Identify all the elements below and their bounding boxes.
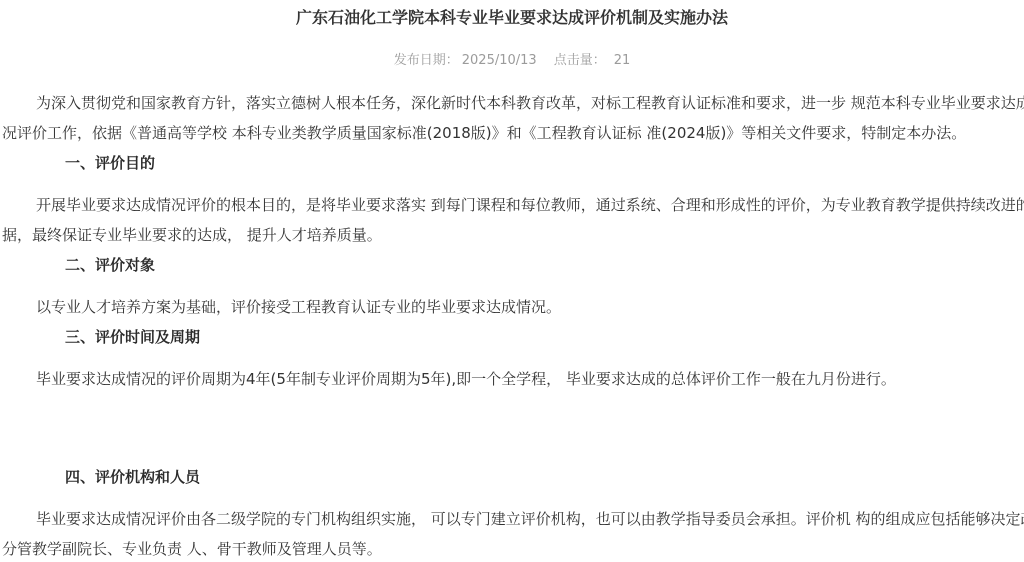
section-heading: 四、评价机构和人员 — [0, 462, 1024, 492]
paragraph: 毕业要求达成情况评价由各二级学院的专门机构组织实施， 可以专门建立评价机构，也可… — [0, 504, 1024, 562]
paragraph: 毕业要求达成情况的评价周期为4年(5年制专业评价周期为5年),即一个全学程， 毕… — [0, 364, 1024, 394]
text-line: 毕业要求达成情况的评价周期为4年(5年制专业评价周期为5年),即一个全学程， 毕… — [0, 364, 1024, 394]
document-page: 广东石油化工学院本科专业毕业要求达成评价机制及实施办法 发布日期：2025/10… — [0, 0, 1024, 562]
text-line: 开展毕业要求达成情况评价的根本目的，是将毕业要求落实 到每门课程和每位教师，通过… — [0, 190, 1024, 220]
text-line: 据，最终保证专业毕业要求的达成， 提升人才培养质量。 — [0, 220, 1024, 250]
hits-value: 21 — [614, 53, 631, 68]
text-line: 况评价工作，依据《普通高等学校 本科专业类教学质量国家标准(2018版)》和《工… — [0, 118, 1024, 148]
publish-date-label: 发布日期： — [394, 53, 459, 68]
text-line: 为深入贯彻党和国家教育方针，落实立德树人根本任务，深化新时代本科教育改革，对标工… — [0, 88, 1024, 118]
document-body: 为深入贯彻党和国家教育方针，落实立德树人根本任务，深化新时代本科教育改革，对标工… — [0, 88, 1024, 562]
paragraph: 开展毕业要求达成情况评价的根本目的，是将毕业要求落实 到每门课程和每位教师，通过… — [0, 190, 1024, 250]
blank-line — [0, 428, 1024, 462]
publish-date-value: 2025/10/13 — [462, 53, 537, 68]
hits-label: 点击量： — [554, 53, 606, 68]
text-line: 以专业人才培养方案为基础，评价接受工程教育认证专业的毕业要求达成情况。 — [0, 292, 1024, 322]
text-line: 分管教学副院长、专业负责 人、骨干教师及管理人员等。 — [0, 534, 1024, 562]
paragraph: 以专业人才培养方案为基础，评价接受工程教育认证专业的毕业要求达成情况。 — [0, 292, 1024, 322]
paragraph: 为深入贯彻党和国家教育方针，落实立德树人根本任务，深化新时代本科教育改革，对标工… — [0, 88, 1024, 148]
section-heading: 二、评价对象 — [0, 250, 1024, 280]
document-title: 广东石油化工学院本科专业毕业要求达成评价机制及实施办法 — [0, 4, 1024, 32]
document-meta: 发布日期：2025/10/13点击量：21 — [0, 47, 1024, 75]
text-line: 毕业要求达成情况评价由各二级学院的专门机构组织实施， 可以专门建立评价机构，也可… — [0, 504, 1024, 534]
section-heading: 一、评价目的 — [0, 148, 1024, 178]
blank-line — [0, 394, 1024, 428]
section-heading: 三、评价时间及周期 — [0, 322, 1024, 352]
